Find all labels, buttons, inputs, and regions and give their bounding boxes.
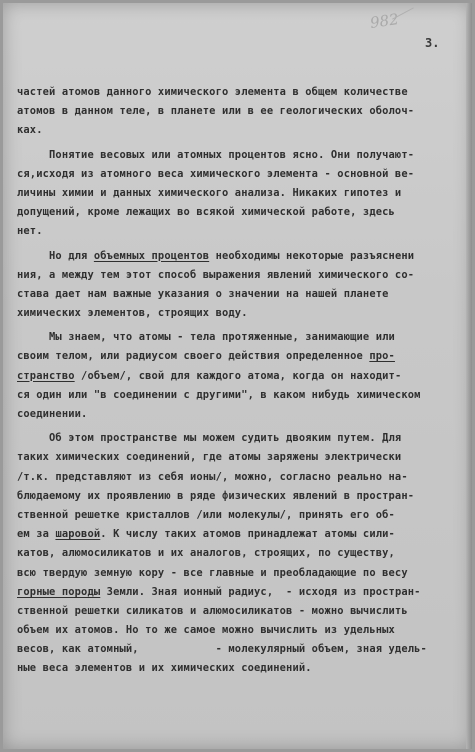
text-line: атомов в данном теле, в планете или в ее… <box>17 102 467 121</box>
text-line: /т.к. представляют из себя ионы/, можно,… <box>17 468 467 487</box>
archive-number: 982 <box>369 10 400 32</box>
text-line: таких химических соединений, где атомы з… <box>17 448 467 467</box>
text-line: ственной решетке кристаллов /или молекул… <box>17 506 467 525</box>
text-line: Мы знаем, что атомы - тела протяженные, … <box>17 328 467 347</box>
text-line: странство /объем/, свой для каждого атом… <box>17 367 467 386</box>
text-line: всю твердую земную кору - все главные и … <box>17 564 467 583</box>
underlined-phrase: про- <box>369 350 395 362</box>
text-line: допущений, кроме лежащих во всякой химич… <box>17 203 467 222</box>
document-page: 982 3. частей атомов данного химического… <box>3 3 472 749</box>
text-line: ся,исходя из атомного веса химического э… <box>17 165 467 184</box>
underlined-phrase: шаровой <box>55 528 100 540</box>
text-line: Об этом пространстве мы можем судить дво… <box>17 429 467 448</box>
text-line: личины химии и данных химического анализ… <box>17 184 467 203</box>
text-line: соединении. <box>17 405 467 424</box>
underlined-phrase: странство <box>17 370 75 382</box>
text-line: нет. <box>17 222 467 241</box>
text-line: горные породы Земли. Зная ионный радиус,… <box>17 583 467 602</box>
text-line: частей атомов данного химического элемен… <box>17 83 467 102</box>
text-line: объем их атомов. Но то же самое можно вы… <box>17 621 467 640</box>
text-line: весов, как атомный, - молекулярный объем… <box>17 640 467 659</box>
text-line: блюдаемому их проявлению в ряде физическ… <box>17 487 467 506</box>
text-line: става дает нам важные указания о значени… <box>17 285 467 304</box>
text-line: ся один или "в соединении с другими", в … <box>17 386 467 405</box>
text-line: ния, а между тем этот способ выражения я… <box>17 266 467 285</box>
underlined-phrase: горные породы <box>17 586 100 598</box>
text-line: ем за шаровой. К числу таких атомов прин… <box>17 525 467 544</box>
page-number: 3. <box>425 36 439 50</box>
text-line: Понятие весовых или атомных процентов яс… <box>17 146 467 165</box>
text-line: катов, алюмосиликатов и их аналогов, стр… <box>17 544 467 563</box>
underlined-phrase: объемных процентов <box>94 250 209 262</box>
text-line: химических элементов, строящих воду. <box>17 304 467 323</box>
text-line: Но для объемных процентов необходимы нек… <box>17 247 467 266</box>
text-line: ках. <box>17 121 467 140</box>
text-line: ные веса элементов и их химических соеди… <box>17 659 467 678</box>
document-body: частей атомов данного химического элемен… <box>17 83 467 679</box>
text-line: ственной решетки силикатов и алюмосилика… <box>17 602 467 621</box>
text-line: своим телом, или радиусом своего действи… <box>17 347 467 366</box>
